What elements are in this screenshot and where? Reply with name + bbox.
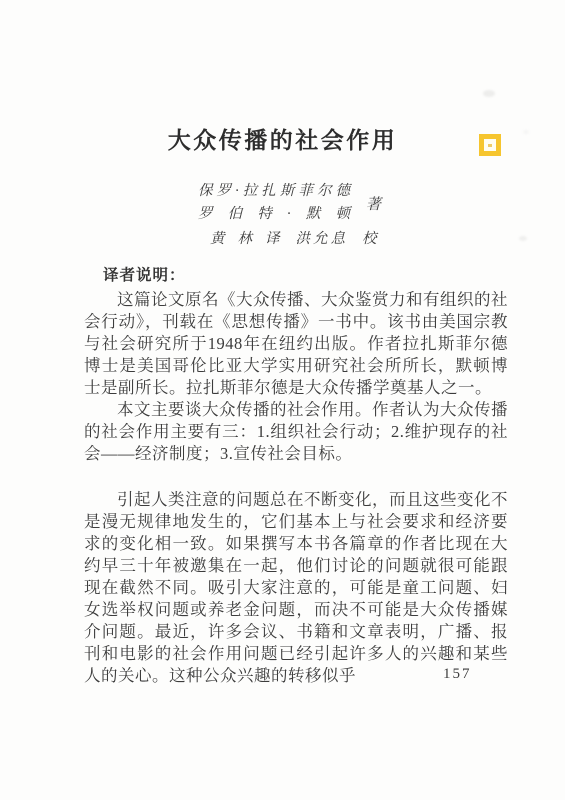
byline: 保罗·拉扎斯菲尔德 罗伯特·默顿 著 xyxy=(198,180,381,226)
translator-note-heading: 译者说明： xyxy=(103,263,186,285)
author-role-label: 著 xyxy=(366,193,381,214)
translator-name: 黄林 xyxy=(210,227,265,248)
translator-note-paragraph-2: 本文主要谈大众传播的社会作用。作者认为大众传播的社会作用主要有三：1.组织社会行… xyxy=(84,399,508,465)
article-body: 引起人类注意的问题总在不断变化，而且这些变化不是漫无规律地发生的，它们基本上与社… xyxy=(84,489,508,687)
translator-note-paragraph-1: 这篇论文原名《大众传播、大众鉴赏力和有组织的社会行动》，刊载在《思想传播》一书中… xyxy=(84,289,508,399)
proofreader-name: 洪允息 xyxy=(296,227,349,248)
yellow-square-marker xyxy=(479,134,501,156)
page-number: 157 xyxy=(443,666,472,683)
author-name-1: 保罗·拉扎斯菲尔德 xyxy=(198,180,350,203)
author-name-2: 罗伯特·默顿 xyxy=(198,203,350,226)
scan-artifact xyxy=(483,90,495,97)
scan-artifact xyxy=(519,236,527,241)
translator-role-label: 译 xyxy=(265,227,280,248)
scanned-page: 大众传播的社会作用 保罗·拉扎斯菲尔德 罗伯特·默顿 著 黄林 译 洪允息 校 … xyxy=(0,0,565,800)
translator-note: 这篇论文原名《大众传播、大众鉴赏力和有组织的社会行动》，刊载在《思想传播》一书中… xyxy=(84,289,508,465)
author-names: 保罗·拉扎斯菲尔德 罗伯特·默顿 xyxy=(198,180,350,226)
translation-credits: 黄林 译 洪允息 校 xyxy=(210,227,377,248)
marker-dot xyxy=(488,144,492,147)
scan-artifact xyxy=(523,130,529,134)
proofreader-role-label: 校 xyxy=(362,227,377,248)
body-paragraph: 引起人类注意的问题总在不断变化，而且这些变化不是漫无规律地发生的，它们基本上与社… xyxy=(84,489,508,687)
